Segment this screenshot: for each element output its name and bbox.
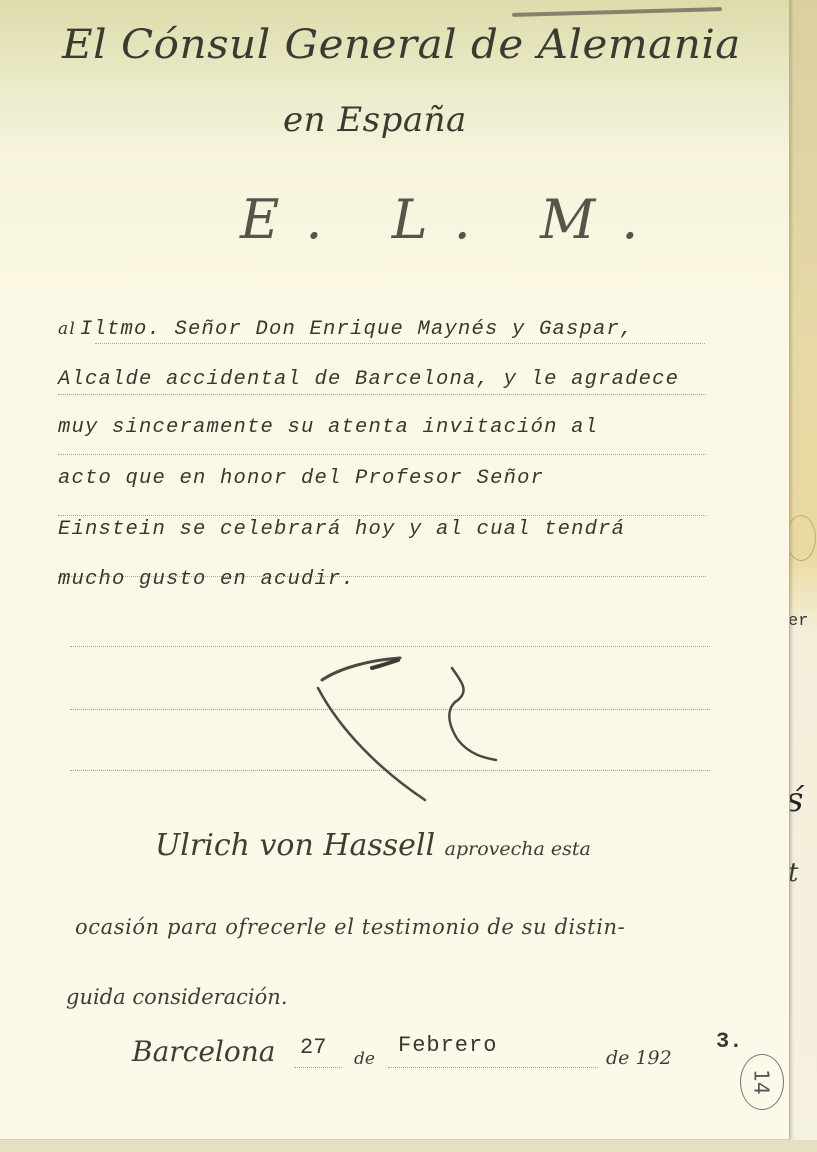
dotted-rule: [95, 343, 705, 344]
consular-card: El Cónsul General de Alemania en España …: [0, 0, 790, 1140]
underlying-page-text: er: [788, 612, 808, 631]
date-line: Barcelona 27 de Febrero de 192 3.: [132, 1035, 752, 1075]
document-scan: er ś t El Cónsul General de Alemania en …: [0, 0, 817, 1152]
closing-line-1: Ulrich von Hassell aprovecha esta: [155, 828, 591, 863]
header-title: El Cónsul General de Alemania: [62, 22, 741, 68]
date-de-label: de: [354, 1049, 375, 1069]
header-subtitle: en España: [283, 100, 467, 140]
handwritten-signature: [300, 640, 520, 810]
body-prefix: al: [58, 319, 76, 339]
body-line-6: mucho gusto en acudir.: [58, 568, 355, 591]
date-city: Barcelona: [132, 1035, 275, 1068]
body-line-5: Einstein se celebrará hoy y al cual tend…: [58, 518, 625, 541]
body-line-3: muy sinceramente su atenta invitación al: [58, 416, 598, 439]
body-line-1: alIltmo. Señor Don Enrique Maynés y Gasp…: [58, 318, 634, 341]
body-line-4: acto que en honor del Profesor Señor: [58, 467, 544, 490]
sender-name: Ulrich von Hassell: [155, 828, 435, 863]
date-day: 27: [300, 1035, 326, 1060]
dotted-rule: [58, 454, 706, 455]
closing-line-3: guida consideración.: [66, 985, 288, 1009]
body-line-2: Alcalde accidental de Barcelona, y le ag…: [58, 368, 679, 391]
closing-line-2: ocasión para ofrecerle el testimonio de …: [75, 915, 625, 939]
dotted-rule: [294, 1067, 342, 1068]
folio-number-stamp: 14: [740, 1054, 784, 1110]
header-initials: E. L. M.: [240, 188, 664, 251]
date-year-prefix: de 192: [606, 1047, 672, 1069]
scan-bottom-edge: [0, 1140, 817, 1152]
folio-number: 14: [750, 1069, 774, 1094]
date-month: Febrero: [398, 1033, 497, 1058]
dotted-rule: [388, 1067, 598, 1068]
pencil-mark: [512, 7, 722, 17]
closing-line-1-rest: aprovecha esta: [445, 838, 591, 860]
underlying-stamp-mark: [786, 515, 816, 561]
dotted-rule: [58, 394, 706, 395]
body-line-text: Iltmo. Señor Don Enrique Maynés y Gaspar…: [80, 318, 634, 341]
date-year-digit: 3.: [716, 1029, 742, 1054]
dotted-rule: [58, 515, 706, 516]
